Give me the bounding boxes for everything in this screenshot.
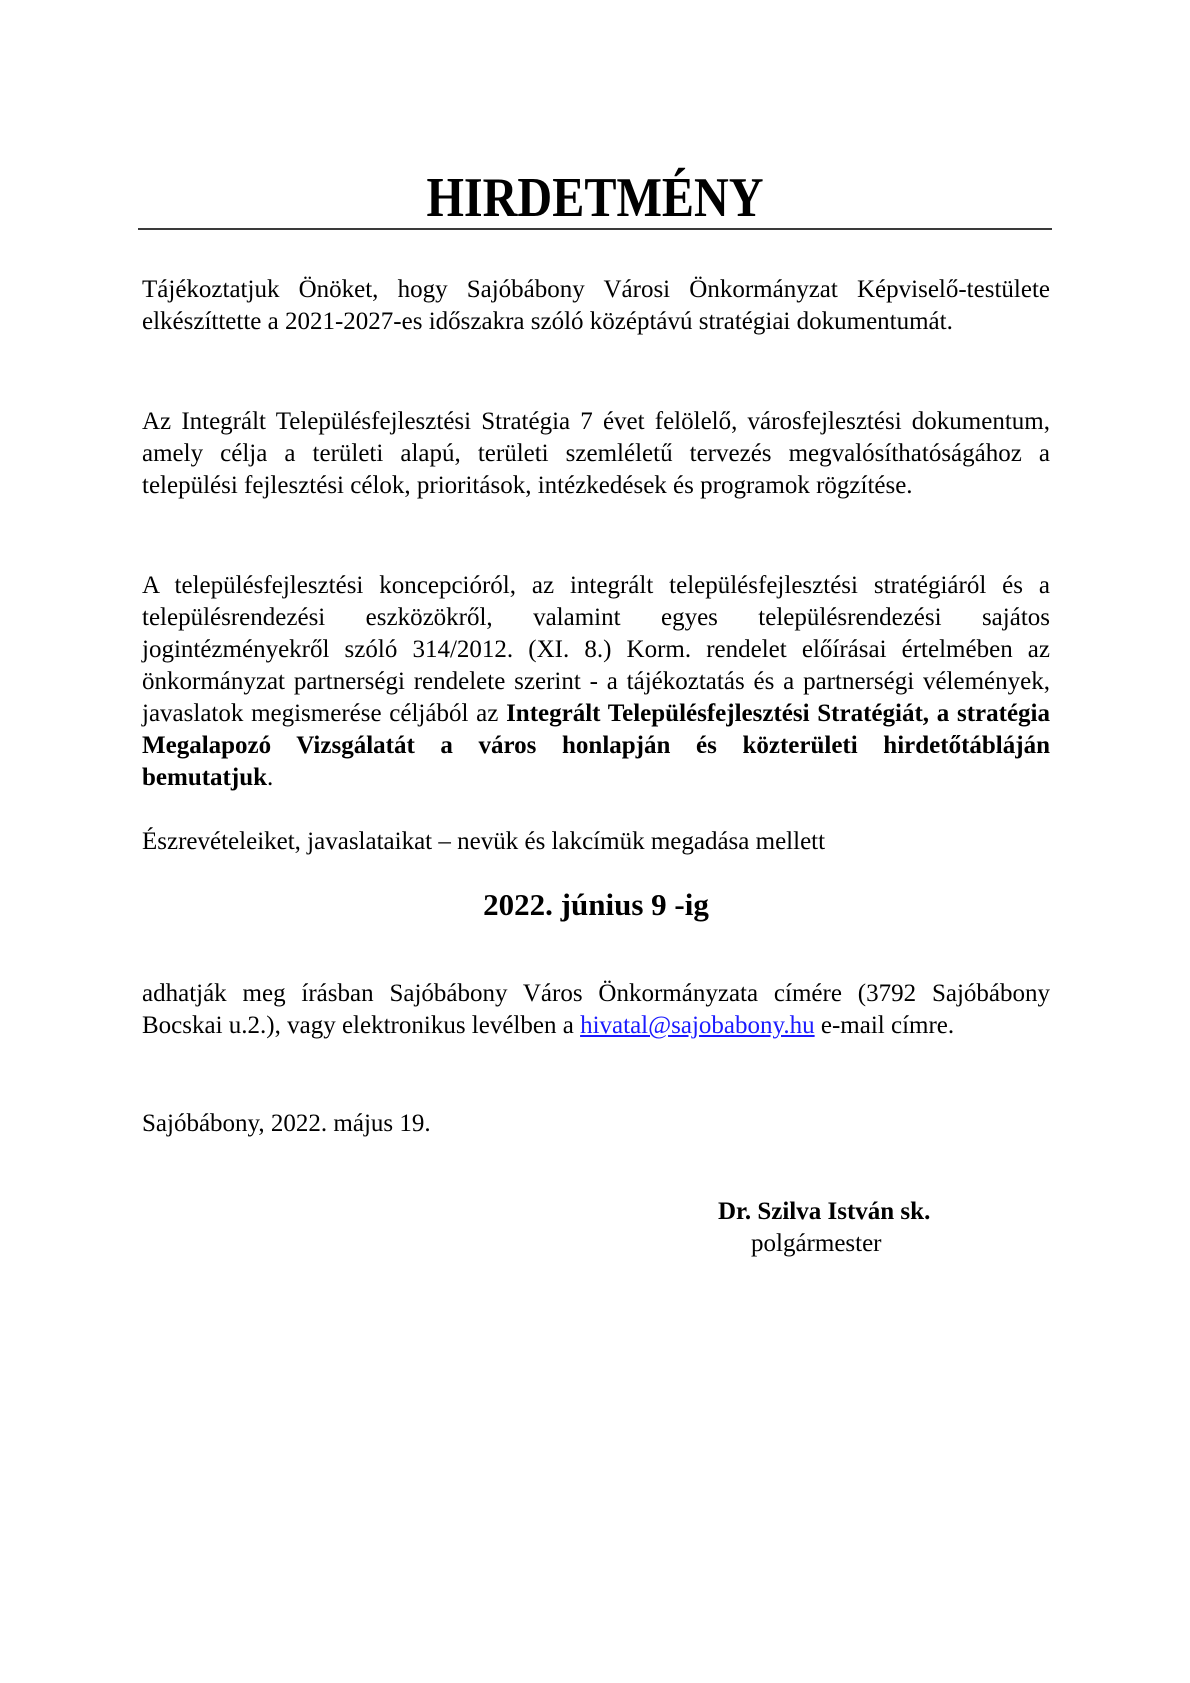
- paragraph-comments-request: Észrevételeiket, javaslataikat – nevük é…: [142, 826, 1050, 858]
- submission-text-end: e-mail címre.: [815, 1012, 955, 1039]
- paragraph-submission-info: adhatják meg írásban Sajóbábony Város Ön…: [142, 978, 1050, 1042]
- title-underline-divider: [138, 228, 1052, 230]
- signatory-role: polgármester: [718, 1228, 930, 1260]
- document-page: HIRDETMÉNY Tájékoztatjuk Önöket, hogy Sa…: [0, 0, 1190, 1683]
- signatory-name: Dr. Szilva István sk.: [718, 1196, 930, 1228]
- email-link[interactable]: hivatal@sajobabony.hu: [580, 1012, 815, 1039]
- deadline-date: 2022. június 9 -ig: [142, 885, 1050, 925]
- signature-block: Dr. Szilva István sk. polgármester: [718, 1196, 930, 1260]
- title-container: HIRDETMÉNY: [138, 168, 1052, 228]
- paragraph-legal-basis: A településfejlesztési koncepcióról, az …: [142, 570, 1050, 794]
- paragraph-intro: Tájékoztatjuk Önöket, hogy Sajóbábony Vá…: [142, 274, 1050, 338]
- paragraph-strategy-description: Az Integrált Településfejlesztési Straté…: [142, 406, 1050, 502]
- document-title: HIRDETMÉNY: [426, 168, 763, 228]
- legal-basis-period: .: [267, 764, 273, 791]
- place-and-date: Sajóbábony, 2022. május 19.: [142, 1108, 1050, 1140]
